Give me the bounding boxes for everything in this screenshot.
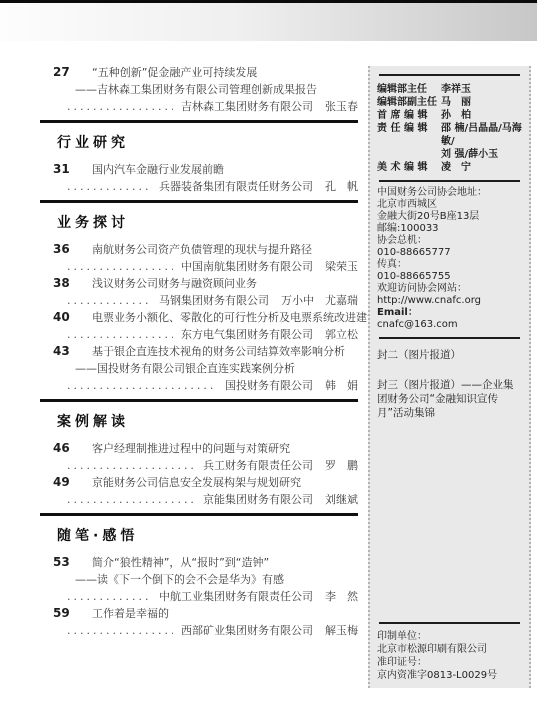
toc-item-source: 兵工财务有限责任公司 — [203, 457, 313, 474]
section-divider-rule — [40, 513, 358, 516]
toc-item-page-number: 31 — [53, 161, 70, 178]
contact-phone-number: 010-88665777 — [377, 247, 522, 259]
toc-item: 27 “五种创新”促金融产业可持续发展 ——吉林森工集团财务有限公司管理创新成果… — [40, 64, 358, 115]
contact-email-address: cnafc@163.com — [377, 319, 522, 331]
toc-item-attribution: ........................................… — [67, 326, 358, 343]
masthead-role: 编辑部副主任 — [377, 96, 441, 109]
masthead-role: 美 术 编 辑 — [377, 161, 441, 174]
toc-item-title: 简介“狼性精神”，从“报时”到“造钟” — [92, 554, 358, 571]
contact-fax-label: 传真： — [377, 259, 522, 271]
toc-item-attribution: ........................................… — [67, 178, 358, 195]
table-of-contents: 27 “五种创新”促金融产业可持续发展 ——吉林森工集团财务有限公司管理创新成果… — [40, 64, 358, 639]
sidebar-divider — [379, 337, 520, 339]
toc-item-title: 工作着是幸福的 — [92, 605, 358, 622]
masthead-row: 首 席 编 辑 孙 柏 — [377, 109, 522, 122]
toc-item: 53 简介“狼性精神”，从“报时”到“造钟” ——读《下一个倒下的会不会是华为》… — [40, 554, 358, 605]
toc-item: 43 基于银企直连技术视角的财务公司结算效率影响分析 ——国投财务有限公司银企直… — [40, 343, 358, 394]
toc-item-author: 李 然 — [325, 588, 358, 605]
toc-item-attribution: ........................................… — [67, 457, 358, 474]
toc-item-subtitle: ——吉林森工集团财务有限公司管理创新成果报告 — [75, 81, 358, 98]
toc-item-page-number: 38 — [53, 275, 70, 292]
toc-item-author: 万小中 尤嘉瑞 — [281, 292, 358, 309]
section-header: 行业研究 — [57, 135, 358, 152]
toc-item-page-number: 59 — [53, 605, 70, 622]
toc-item-author: 孔 帆 — [325, 178, 358, 195]
toc-item: 46 客户经理制推进过程中的问题与对策研究 ..................… — [40, 440, 358, 474]
masthead-name: 邵 楠/吕晶晶/马海敏/ 刘 强/薛小玉 — [441, 122, 522, 161]
toc-item-page-number: 40 — [53, 309, 70, 326]
masthead-role: 责 任 编 辑 — [377, 122, 441, 161]
toc-item-source: 吉林森工集团财务有限公司 — [181, 98, 313, 115]
toc-item-page-number: 43 — [53, 343, 70, 360]
toc-item-source: 马钢集团财务有限公司 — [159, 292, 269, 309]
toc-item-source: 京能集团财务有限公司 — [203, 491, 313, 508]
toc-item-title: 基于银企直连技术视角的财务公司结算效率影响分析 — [92, 343, 358, 360]
toc-item-page-number: 49 — [53, 474, 70, 491]
toc-item-author: 罗 鹏 — [325, 457, 358, 474]
toc-item-subtitle: ——国投财务有限公司银企直连实践案例分析 — [75, 360, 358, 377]
masthead-name: 马 丽 — [441, 96, 522, 109]
printer-label: 印制单位： — [377, 630, 522, 643]
dot-leader: ........................................… — [67, 377, 217, 394]
toc-item-attribution: ........................................… — [67, 491, 358, 508]
toc-item-attribution: ........................................… — [67, 377, 358, 394]
dot-leader: ........................................… — [67, 491, 195, 508]
masthead-row: 美 术 编 辑 凌 宁 — [377, 161, 522, 174]
toc-item-author: 刘继斌 — [325, 491, 358, 508]
toc-item: 59 工作着是幸福的 .............................… — [40, 605, 358, 639]
toc-item-title: 电票业务小额化、零散化的可行性分析及电票系统改进建议 — [92, 309, 358, 326]
contact-address-line: 金融大街20号B座13层 — [377, 211, 522, 223]
toc-item-author: 解玉梅 — [325, 622, 358, 639]
contact-email-label: Email： — [377, 307, 522, 319]
toc-item-source: 西部矿业集团财务有限公司 — [181, 622, 313, 639]
toc-item-title: 国内汽车金融行业发展前瞻 — [92, 161, 358, 178]
sidebar-divider — [379, 74, 520, 76]
toc-item-author: 张玉春 — [325, 98, 358, 115]
contact-website-label: 欢迎访问协会网站： — [377, 283, 522, 295]
dot-leader: ........................................… — [67, 457, 195, 474]
toc-item-title: 南航财务公司资产负债管理的现状与提升路径 — [92, 241, 358, 258]
section-header: 业务探讨 — [57, 215, 358, 232]
toc-item-page-number: 46 — [53, 440, 70, 457]
contact-phone-label: 协会总机： — [377, 235, 522, 247]
dot-leader: ........................................… — [67, 98, 173, 115]
print-permit-label: 准印证号： — [377, 656, 522, 669]
toc-item-attribution: ........................................… — [67, 622, 358, 639]
toc-item-subtitle: ——读《下一个倒下的会不会是华为》有感 — [75, 571, 358, 588]
dot-leader: ........................................… — [67, 326, 173, 343]
section-divider-rule — [40, 120, 358, 123]
masthead-name: 李祥玉 — [441, 83, 522, 96]
masthead-row: 编辑部副主任 马 丽 — [377, 96, 522, 109]
cover-three-note: 封三（图片报道）——企业集团财务公司“金融知识宣传月”活动集锦 — [377, 378, 522, 420]
contact-website-url: http://www.cnafc.org — [377, 295, 522, 307]
toc-item: 40 电票业务小额化、零散化的可行性分析及电票系统改进建议 ..........… — [40, 309, 358, 343]
dot-leader: ........................................… — [67, 178, 151, 195]
section-divider-rule — [40, 399, 358, 402]
contact-fax-number: 010-88665755 — [377, 271, 522, 283]
toc-item-title: 浅议财务公司财务与融资顾问业务 — [92, 275, 358, 292]
toc-item-source: 中国南航集团财务有限公司 — [181, 258, 313, 275]
association-contact-block: 中国财务公司协会地址： 北京市西城区 金融大街20号B座13层 邮编:10003… — [377, 187, 522, 331]
masthead-block: 编辑部主任 李祥玉 编辑部副主任 马 丽 首 席 编 辑 孙 柏 责 任 编 辑… — [377, 83, 522, 174]
masthead-row: 编辑部主任 李祥玉 — [377, 83, 522, 96]
toc-item: 38 浅议财务公司财务与融资顾问业务 .....................… — [40, 275, 358, 309]
printing-info-block: 印制单位： 北京市松源印刷有限公司 准印证号： 京内资准字0813-L0029号 — [377, 622, 522, 682]
dot-leader: ........................................… — [67, 258, 173, 275]
info-sidebar: 编辑部主任 李祥玉 编辑部副主任 马 丽 首 席 编 辑 孙 柏 责 任 编 辑… — [368, 66, 531, 688]
toc-item-attribution: ........................................… — [67, 258, 358, 275]
toc-item-source: 兵器装备集团有限责任财务公司 — [159, 178, 313, 195]
section-header: 案例解读 — [57, 414, 358, 431]
toc-item-title: “五种创新”促金融产业可持续发展 — [92, 64, 358, 81]
contact-address-label: 中国财务公司协会地址： — [377, 187, 522, 199]
sidebar-divider — [379, 180, 520, 182]
contact-postcode: 邮编:100033 — [377, 223, 522, 235]
toc-item-author: 韩 娟 — [325, 377, 358, 394]
printer-name: 北京市松源印刷有限公司 — [377, 643, 522, 656]
dot-leader: ........................................… — [67, 292, 151, 309]
masthead-row: 责 任 编 辑 邵 楠/吕晶晶/马海敏/ 刘 强/薛小玉 — [377, 122, 522, 161]
toc-item-attribution: ........................................… — [67, 292, 358, 309]
toc-item: 36 南航财务公司资产负债管理的现状与提升路径 ................… — [40, 241, 358, 275]
toc-item: 49 京能财务公司信息安全发展构架与规划研究 .................… — [40, 474, 358, 508]
masthead-name: 孙 柏 — [441, 109, 522, 122]
toc-item-attribution: ........................................… — [67, 98, 358, 115]
masthead-role: 首 席 编 辑 — [377, 109, 441, 122]
toc-item: 31 国内汽车金融行业发展前瞻 ........................… — [40, 161, 358, 195]
toc-item-source: 东方电气集团财务有限公司 — [181, 326, 313, 343]
toc-item-page-number: 27 — [53, 64, 70, 81]
section-header: 随笔·感悟 — [57, 528, 358, 545]
header-gradient-band — [0, 3, 537, 41]
cover-two-note: 封二（图片报道） — [377, 348, 522, 362]
toc-item-title: 京能财务公司信息安全发展构架与规划研究 — [92, 474, 358, 491]
dot-leader: ........................................… — [67, 588, 151, 605]
toc-item-author: 梁荣玉 — [325, 258, 358, 275]
toc-item-title: 客户经理制推进过程中的问题与对策研究 — [92, 440, 358, 457]
toc-item-author: 郭立松 — [325, 326, 358, 343]
dot-leader: ........................................… — [67, 622, 173, 639]
toc-item-source: 国投财务有限公司 — [225, 377, 313, 394]
toc-item-page-number: 36 — [53, 241, 70, 258]
sidebar-divider — [379, 622, 520, 624]
masthead-name: 凌 宁 — [441, 161, 522, 174]
print-permit-number: 京内资准字0813-L0029号 — [377, 669, 522, 682]
toc-item-source: 中航工业集团财务有限责任公司 — [159, 588, 313, 605]
contact-address-line: 北京市西城区 — [377, 199, 522, 211]
toc-item-attribution: ........................................… — [67, 588, 358, 605]
toc-item-page-number: 53 — [53, 554, 70, 571]
masthead-role: 编辑部主任 — [377, 83, 441, 96]
section-divider-rule — [40, 200, 358, 203]
